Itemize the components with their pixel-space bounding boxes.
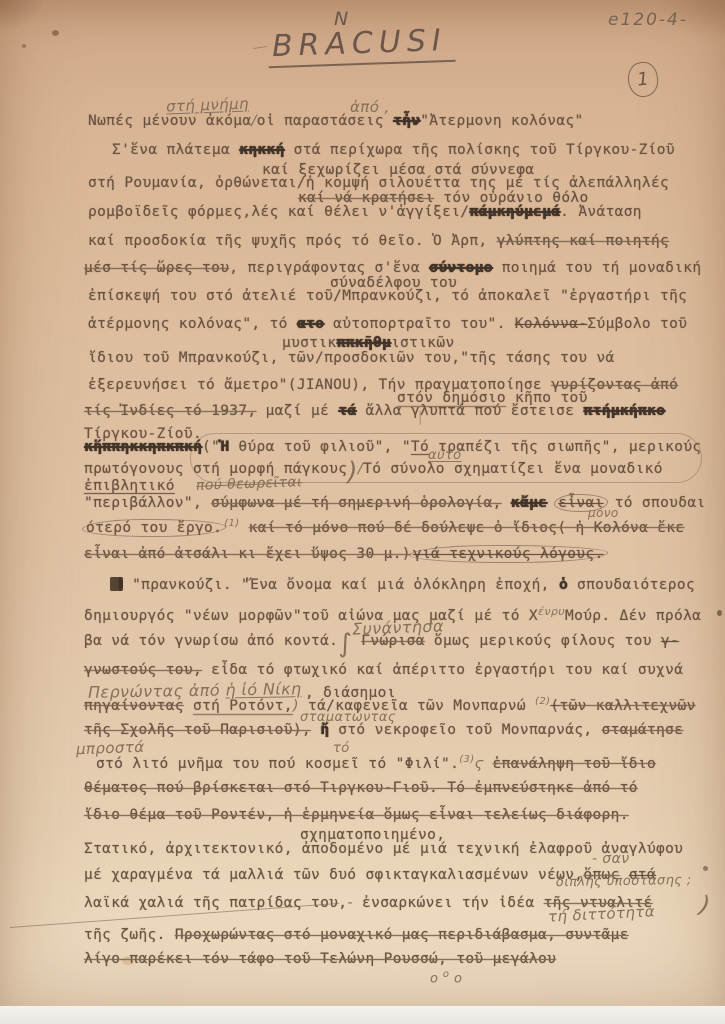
text-segment: διπλῆς ὑποστάσης ;	[556, 873, 692, 890]
typed-line: εἶναι ἀπό ἀτσάλι κι ἔχει ὕψος 30 μ.)γιά …	[84, 547, 606, 563]
text-segment: ρομβοϊδεῖς φόρμες,λές καί θέλει ν'ἀγγίξε…	[88, 204, 469, 220]
text-segment: ἐπιβλητικό	[84, 478, 175, 494]
text-segment: ὅμως μερικούς φίλους του	[425, 633, 661, 649]
text-segment: (3)	[459, 754, 474, 765]
text-segment: σταμάτησε	[602, 722, 684, 738]
text-segment: ἴδιου τοῦ Μπρανκούζι, τῶν/προσδοκιῶν του…	[88, 350, 615, 366]
text-segment: κηκκή	[239, 142, 284, 158]
text-segment: τό σπουδαι	[606, 495, 706, 511]
text-segment: ένρυ	[538, 605, 565, 618]
text-segment: "πρανκούζι. "Ἕνα ὄνομα καί μιά ὁλόκληρη …	[123, 577, 559, 593]
text-segment	[484, 756, 493, 772]
text-segment: Νωπές μένουν ἀκόμα	[88, 113, 251, 129]
text-segment: μυστικ	[282, 335, 336, 351]
text-segment: στό νεκροφεῖο τοῦ Μονπαρνάς,	[329, 722, 601, 738]
scan-background-edge	[0, 1006, 725, 1024]
text-segment	[311, 722, 320, 738]
text-segment: κἄμε	[511, 495, 547, 511]
text-segment: ∫	[338, 629, 352, 659]
text-segment: (1)	[224, 518, 239, 529]
paper-stain	[22, 44, 26, 48]
text-segment: ο	[454, 971, 462, 986]
handwritten-note: διπλῆς ὑποστάσης ;	[556, 874, 692, 890]
handwritten-note: τό	[333, 742, 350, 756]
text-segment: μέ χαραγμένα τά μαλλιά τῶν δυό σφικταγκα…	[84, 867, 583, 883]
text-segment: στή Ροτόντ,	[193, 698, 293, 714]
text-segment: εἶναι ἀπό ἀτσάλι κι ἔχει ὕψος 30 μ.)	[84, 546, 411, 562]
text-segment: θέματος πού βρίσκεται στό Τιργκου-Γιοῦ. …	[84, 780, 638, 796]
text-segment: Σ'ἕνα πλάτεμα	[112, 142, 239, 158]
typed-line: ἐπιβλητικό	[84, 479, 175, 495]
text-segment: )	[697, 890, 712, 919]
text-segment: αὐτοπορτραῖτο του".	[324, 316, 515, 332]
text-segment: βα νά τόν γνωρίσω ἀπό κοντά.	[84, 633, 338, 649]
text-segment: █	[110, 577, 123, 591]
text-segment: καί προσδοκία τῆς ψυχῆς πρός τό θεῖο. Ὁ …	[88, 233, 497, 249]
text-segment: Μούρ. Δέν πρόλα	[565, 608, 701, 624]
text-segment: τῆς ζωῆς.	[84, 927, 175, 943]
text-segment: Προχωρώντας στό μοναχικό μας περιδιάβασμ…	[175, 927, 629, 943]
handwritten-title: BRACUSI	[267, 23, 455, 68]
text-segment: μέσ τίς ὥρες του	[84, 260, 229, 276]
typed-line: ἐπίσκεψή του στό ἀτελιέ τοῦ/Μπρανκούζι, …	[88, 289, 687, 305]
text-segment: ἤ	[320, 722, 329, 738]
ink-dot	[703, 866, 708, 871]
typed-line: █ "πρανκούζι. "Ἕνα ὄνομα καί μιά ὁλόκληρ…	[110, 577, 695, 594]
text-segment: ποιημά του τή μοναδική	[493, 260, 702, 276]
text-segment: (2)	[535, 696, 550, 707]
typed-line: στό λιτό μνῆμα του πού κοσμεῖ τό "Φιλί".…	[96, 755, 656, 772]
typed-line: ἀτέρμονης κολόνας", τό ατο αὐτοπορτραῖτο…	[88, 317, 687, 333]
text-segment: δημιουργός "νέων μορφῶν"τοῦ αἰώνα μας μα…	[84, 608, 538, 624]
text-segment: τά	[338, 403, 356, 419]
text-segment: λίγο παρέκει τόν τάφο τοῦ Τελώνη Ρουσσώ,…	[84, 951, 556, 967]
text-segment: Σύμβολο τοῦ	[587, 316, 687, 332]
handwritten-note: στή μνήμη	[166, 96, 249, 115]
typed-line: ότερό του ἔργο.(1) καί τό μόνο πού δέ δο…	[84, 519, 685, 536]
text-segment: ἴδιο θέμα τοῦ Ροντέν, ἡ ἑρμηνεία ὅμως εἶ…	[84, 807, 629, 823]
typed-line: Νωπές μένουν ἀκόμα/οἱ παραστάσεις τἦν"Ἀτ…	[88, 114, 584, 130]
text-segment: - σαν	[592, 851, 629, 867]
text-segment: Κολόννα-	[515, 316, 588, 332]
text-segment: πηγαίνοντας	[84, 698, 184, 714]
typed-line: τῆς Σχολῆς τοῦ Παρισιοῦ), ἤ στό νεκροφεῖ…	[84, 723, 683, 739]
typed-line: τίς Ἰνδίες τό 1937, μαζί μέ τά ἄλλα γλυπ…	[84, 404, 665, 420]
text-segment: μαζί μέ	[257, 403, 339, 419]
text-segment: γ-	[661, 633, 679, 649]
text-segment: ότερό του ἔργο.	[82, 519, 226, 537]
manuscript-page: BRACUSI N e120-4- 1 στή μνήμηἀπό ,Νωπές …	[0, 0, 725, 1006]
text-segment: ϛ	[475, 756, 484, 772]
text-segment: πτήμκήπκο	[583, 403, 665, 419]
typed-line: καί προσδοκία τῆς ψυχῆς πρός τό θεῖο. Ὁ …	[88, 234, 669, 250]
text-segment: γνωστούς του,	[84, 662, 202, 678]
text-segment: πάμκηύμεμά	[469, 204, 560, 220]
text-segment: μόνο	[588, 506, 619, 520]
text-segment: στή Ρουμανία, ὀρθώνεται/ἡ κομψή σιλουέττ…	[88, 175, 669, 191]
text-segment: σπουδαιότερος	[568, 577, 695, 593]
text-segment: εἶδα τό φτωχικό καί ἀπέριττο ἐργαστήρι τ…	[202, 662, 683, 678]
text-segment: . Ἀνάταση	[560, 204, 642, 220]
handwritten-note: τή διττότητα	[548, 903, 656, 925]
ink-dot	[717, 610, 722, 616]
text-segment: κἥππηκκηπκπκή	[84, 439, 202, 455]
text-segment: ὁ	[559, 577, 568, 593]
text-segment	[184, 698, 193, 714]
pencil-line	[253, 46, 267, 49]
text-segment: τό	[333, 741, 350, 756]
text-segment: γιά τεχνικούς λόγους.	[409, 545, 608, 563]
text-segment	[240, 520, 249, 536]
text-segment: , περιγράφοντας σ'ἕνα	[229, 260, 429, 276]
text-segment: ιστικῶν	[391, 335, 455, 351]
text-segment: στό λιτό μνῆμα του πού κοσμεῖ τό "Φιλί".	[96, 756, 459, 772]
text-segment: ἐνσαρκώνει τήν ἰδέα	[353, 895, 544, 911]
text-segment	[502, 495, 511, 511]
text-segment: σύντομο	[429, 260, 493, 276]
text-segment: στά περίχωρα τῆς πολίσκης τοῦ Τίργκου-Ζί…	[285, 142, 675, 158]
typed-line: θέματος πού βρίσκεται στό Τιργκου-Γιοῦ. …	[84, 781, 638, 797]
text-segment: ἄλλα γλυπτά πού ἔστεισε	[356, 403, 583, 419]
typed-line: ρομβοϊδεῖς φόρμες,λές καί θέλει ν'ἀγγίξε…	[88, 205, 642, 221]
typed-line: ἴδιου τοῦ Μπρανκούζι, τῶν/προσδοκιῶν του…	[88, 351, 615, 367]
text-segment: Συνάντησα	[352, 616, 444, 638]
text-segment: τῶν καλλιτεχνῶν	[559, 698, 695, 714]
handwritten-note: Συνάντησα	[352, 617, 444, 637]
text-segment: οἱ παραστάσεις	[257, 113, 393, 129]
typed-line: Σ'ἕνα πλάτεμα κηκκή στά περίχωρα τῆς πολ…	[112, 143, 675, 159]
page-number-circled: 1	[626, 61, 659, 99]
archive-code: e120-4-	[608, 10, 688, 30]
typed-line: τῆς ζωῆς. Προχωρώντας στό μοναχικό μας π…	[84, 928, 629, 944]
handwritten-note: μόνο	[588, 507, 619, 520]
text-segment: ἀτέρμονης κολόνας", τό	[88, 316, 297, 332]
text-segment: σύμφωνα μέ τή σημερινή ὁρολογία,	[211, 495, 502, 511]
text-segment: "περιβάλλον",	[84, 495, 211, 511]
text-segment: λαϊκά χαλιά τῆς πατρίδας του,	[84, 895, 347, 911]
scanned-manuscript: { "header": { "title": "BRACUSI", "title…	[0, 0, 725, 1024]
text-segment: ππκῆθμ	[336, 335, 390, 351]
text-segment: καί τό μόνο πού δέ δούλεψε ὁ ἴδιος( ἡ Κο…	[249, 520, 685, 536]
handwritten-note: ο ο ο	[430, 970, 462, 986]
pencil-loop	[190, 433, 702, 483]
handwritten-note: - σαν	[592, 852, 629, 867]
text-segment: γλύπτης καί ποιητής	[497, 233, 670, 249]
text-segment: "Ἀτερμονη κολόνας"	[420, 113, 583, 129]
paper-stain	[52, 30, 59, 36]
typed-line: ἐξερευνήσει τό ἄμετρο"(JIANOU), Τήν πραγ…	[88, 378, 678, 394]
handwritten-note: )	[697, 892, 712, 919]
text-segment: τίς Ἰνδίες τό 1937,	[84, 403, 257, 419]
typed-line: ἴδιο θέμα τοῦ Ροντέν, ἡ ἑρμηνεία ὅμως εἶ…	[84, 808, 629, 824]
pencil-line	[419, 411, 420, 425]
typed-line: λίγο παρέκει τόν τάφο τοῦ Τελώνη Ρουσσώ,…	[84, 952, 556, 968]
text-segment: ἐπανάληψη τοῦ ἴδιο	[493, 756, 656, 772]
text-segment: ἐπίσκεψή του στό ἀτελιέ τοῦ/Μπρανκούζι, …	[88, 288, 687, 304]
typed-line: γνωστούς του, εἶδα τό φτωχικό καί ἀπέριτ…	[84, 663, 683, 679]
text-segment: ατο	[297, 316, 324, 332]
text-segment: τἦν	[393, 113, 420, 129]
text-segment: τῆς Σχολῆς τοῦ Παρισιοῦ),	[84, 722, 311, 738]
title-inserted-letter: N	[334, 8, 348, 30]
